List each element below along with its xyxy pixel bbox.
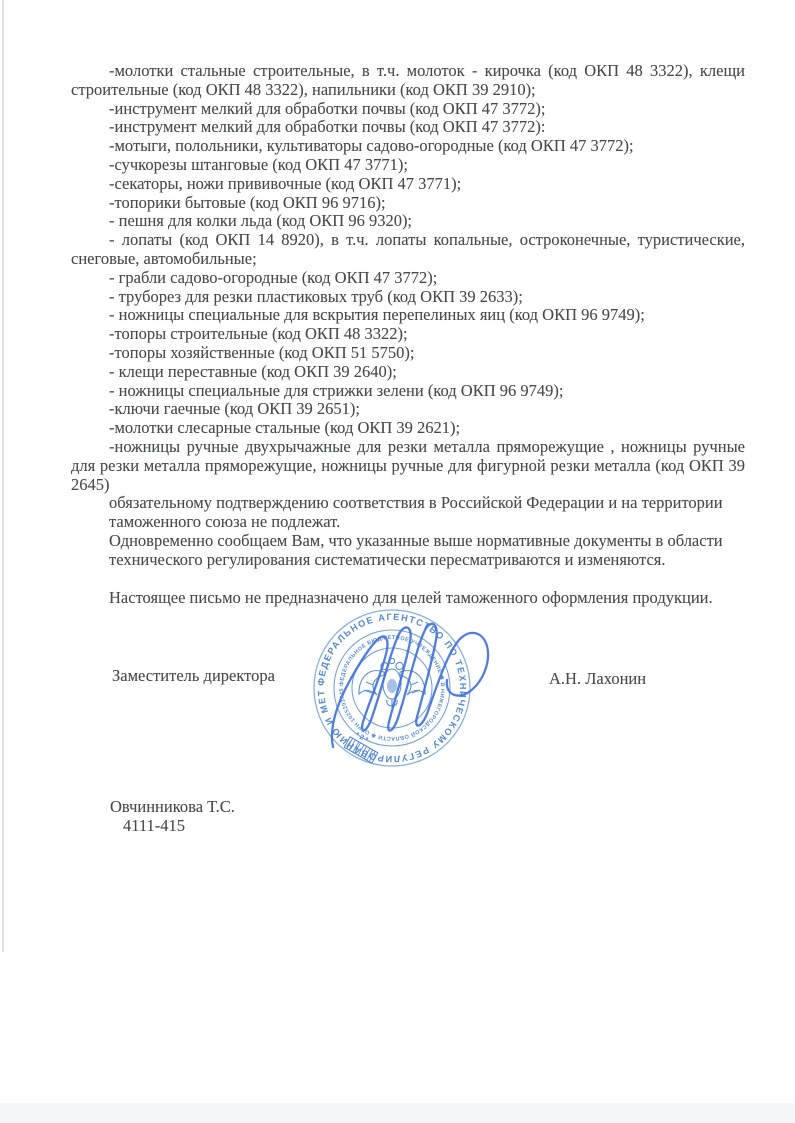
scan-edge-left — [2, 0, 4, 952]
closing-clause: обязательному подтверждению соответствия… — [109, 494, 745, 532]
scanned-letter-page: -молотки стальные строительные, в т.ч. м… — [0, 0, 795, 1123]
signer-name: А.Н. Лахонин — [549, 669, 646, 689]
official-stamp: ФЕДЕРАЛЬНОЕ АГЕНТСТВО ПО ТЕХНИЧЕСКОМУ РЕ… — [293, 598, 559, 803]
list-item: -инструмент мелкий для обработки почвы (… — [71, 118, 745, 137]
list-item: -топорики бытовые (код ОКП 96 9716); — [71, 194, 745, 213]
note-paragraph: Одновременно сообщаем Вам, что указанные… — [109, 532, 745, 570]
list-item: - клещи переставные (код ОКП 39 2640); — [71, 363, 745, 382]
list-item: -инструмент мелкий для обработки почвы (… — [71, 100, 745, 119]
list-item: -молотки слесарные стальные (код ОКП 39 … — [71, 419, 745, 438]
tool-list: -молотки стальные строительные, в т.ч. м… — [71, 62, 745, 494]
list-item: -топоры строительные (код ОКП 48 3322); — [71, 325, 745, 344]
list-item: - лопаты (код ОКП 14 8920), в т.ч. лопат… — [71, 231, 745, 269]
list-item: -мотыги, полольники, культиваторы садово… — [71, 137, 745, 156]
scan-edge-bottom — [0, 1103, 795, 1123]
list-item: -секаторы, ножи прививочные (код ОКП 47 … — [71, 175, 745, 194]
eagle-emblem — [359, 658, 425, 708]
list-item: -топоры хозяйственные (код ОКП 51 5750); — [71, 344, 745, 363]
list-item: -ножницы ручные двухрычажные для резки м… — [71, 438, 745, 494]
executor-phone: 4111-415 — [123, 816, 185, 836]
list-item: -ключи гаечные (код ОКП 39 2651); — [71, 400, 745, 419]
signature-title: Заместитель директора — [112, 666, 275, 686]
list-item: - пешня для колки льда (код ОКП 96 9320)… — [71, 212, 745, 231]
list-item: - ножницы специальные для стрижки зелени… — [71, 382, 745, 401]
list-item: -сучкорезы штанговые (код ОКП 47 3771); — [71, 156, 745, 175]
list-item: - грабли садово-огородные (код ОКП 47 37… — [71, 269, 745, 288]
list-item: -молотки стальные строительные, в т.ч. м… — [71, 62, 745, 100]
list-item: - труборез для резки пластиковых труб (к… — [71, 288, 745, 307]
list-item: - ножницы специальные для вскрытия переп… — [71, 306, 745, 325]
letter-body: -молотки стальные строительные, в т.ч. м… — [71, 62, 745, 607]
executor-name: Овчинникова Т.С. — [110, 797, 235, 817]
